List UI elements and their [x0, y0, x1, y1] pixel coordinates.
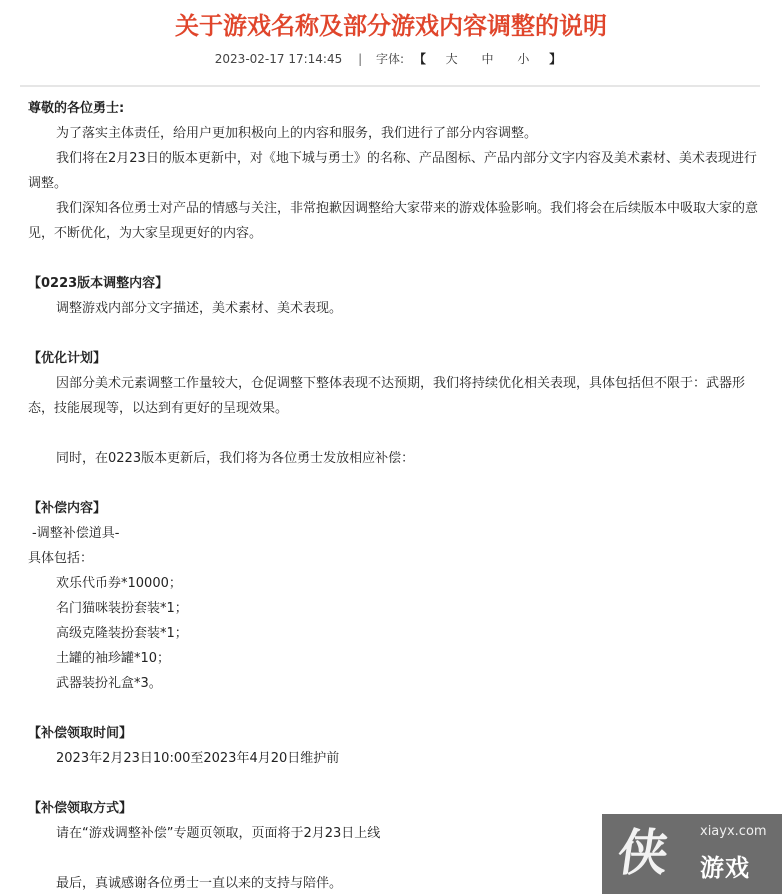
font-size-medium-button[interactable]: 中	[482, 52, 494, 66]
section-heading-compensation: 【补偿内容】	[28, 496, 758, 521]
compensation-item: 名门猫咪装扮套装*1；	[28, 596, 758, 621]
compensation-intro: 同时，在0223版本更新后，我们将为各位勇士发放相应补偿：	[28, 446, 758, 471]
site-watermark: 侠 xiayx.com 游戏	[602, 814, 782, 894]
header-divider	[20, 85, 760, 87]
section-heading-claim-time: 【补偿领取时间】	[28, 721, 758, 746]
publish-datetime: 2023-02-17 17:14:45	[215, 52, 342, 66]
article-meta: 2023-02-17 17:14:45 | 字体: 【 大 中 小 】	[0, 50, 782, 68]
greeting: 尊敬的各位勇士:	[28, 96, 758, 121]
section-body-0223: 调整游戏内部分文字描述，美术素材、美术表现。	[28, 296, 758, 321]
compensation-item: 欢乐代币券*10000；	[28, 571, 758, 596]
spacer	[28, 321, 758, 346]
article-title: 关于游戏名称及部分游戏内容调整的说明	[0, 10, 782, 42]
section-body-claim-time: 2023年2月23日10:00至2023年4月20日维护前	[28, 746, 758, 771]
article-header: 关于游戏名称及部分游戏内容调整的说明 2023-02-17 17:14:45 |…	[0, 0, 782, 68]
xia-logo-icon: 侠	[613, 820, 672, 886]
article-body: 尊敬的各位勇士: 为了落实主体责任，给用户更加积极向上的内容和服务，我们进行了部…	[28, 96, 758, 894]
compensation-item: 土罐的袖珍罐*10；	[28, 646, 758, 671]
font-size-label: 字体:	[376, 52, 404, 66]
watermark-url: xiayx.com	[700, 824, 767, 839]
spacer	[28, 696, 758, 721]
section-body-optimize: 因部分美术元素调整工作量较大，仓促调整下整体表现不达预期，我们将持续优化相关表现…	[28, 371, 758, 421]
intro-paragraph-3: 我们深知各位勇士对产品的情感与关注，非常抱歉因调整给大家带来的游戏体验影响。我们…	[28, 196, 758, 246]
font-bracket-close: 】	[549, 52, 561, 66]
intro-paragraph-2: 我们将在2月23日的版本更新中，对《地下城与勇士》的名称、产品图标、产品内部分文…	[28, 146, 758, 196]
intro-paragraph-1: 为了落实主体责任，给用户更加积极向上的内容和服务，我们进行了部分内容调整。	[28, 121, 758, 146]
watermark-name: 游戏	[700, 848, 750, 883]
font-size-large-button[interactable]: 大	[446, 52, 458, 66]
spacer	[28, 471, 758, 496]
section-heading-0223: 【0223版本调整内容】	[28, 271, 758, 296]
compensation-subheading: -调整补偿道具-	[28, 521, 758, 546]
section-heading-optimize: 【优化计划】	[28, 346, 758, 371]
font-bracket-open: 【	[414, 52, 426, 66]
compensation-includes-label: 具体包括：	[28, 546, 758, 571]
font-size-small-button[interactable]: 小	[517, 52, 529, 66]
compensation-item: 武器装扮礼盒*3。	[28, 671, 758, 696]
spacer	[28, 771, 758, 796]
meta-separator: |	[358, 52, 362, 66]
compensation-item: 高级克隆装扮套装*1；	[28, 621, 758, 646]
spacer	[28, 421, 758, 446]
spacer	[28, 246, 758, 271]
